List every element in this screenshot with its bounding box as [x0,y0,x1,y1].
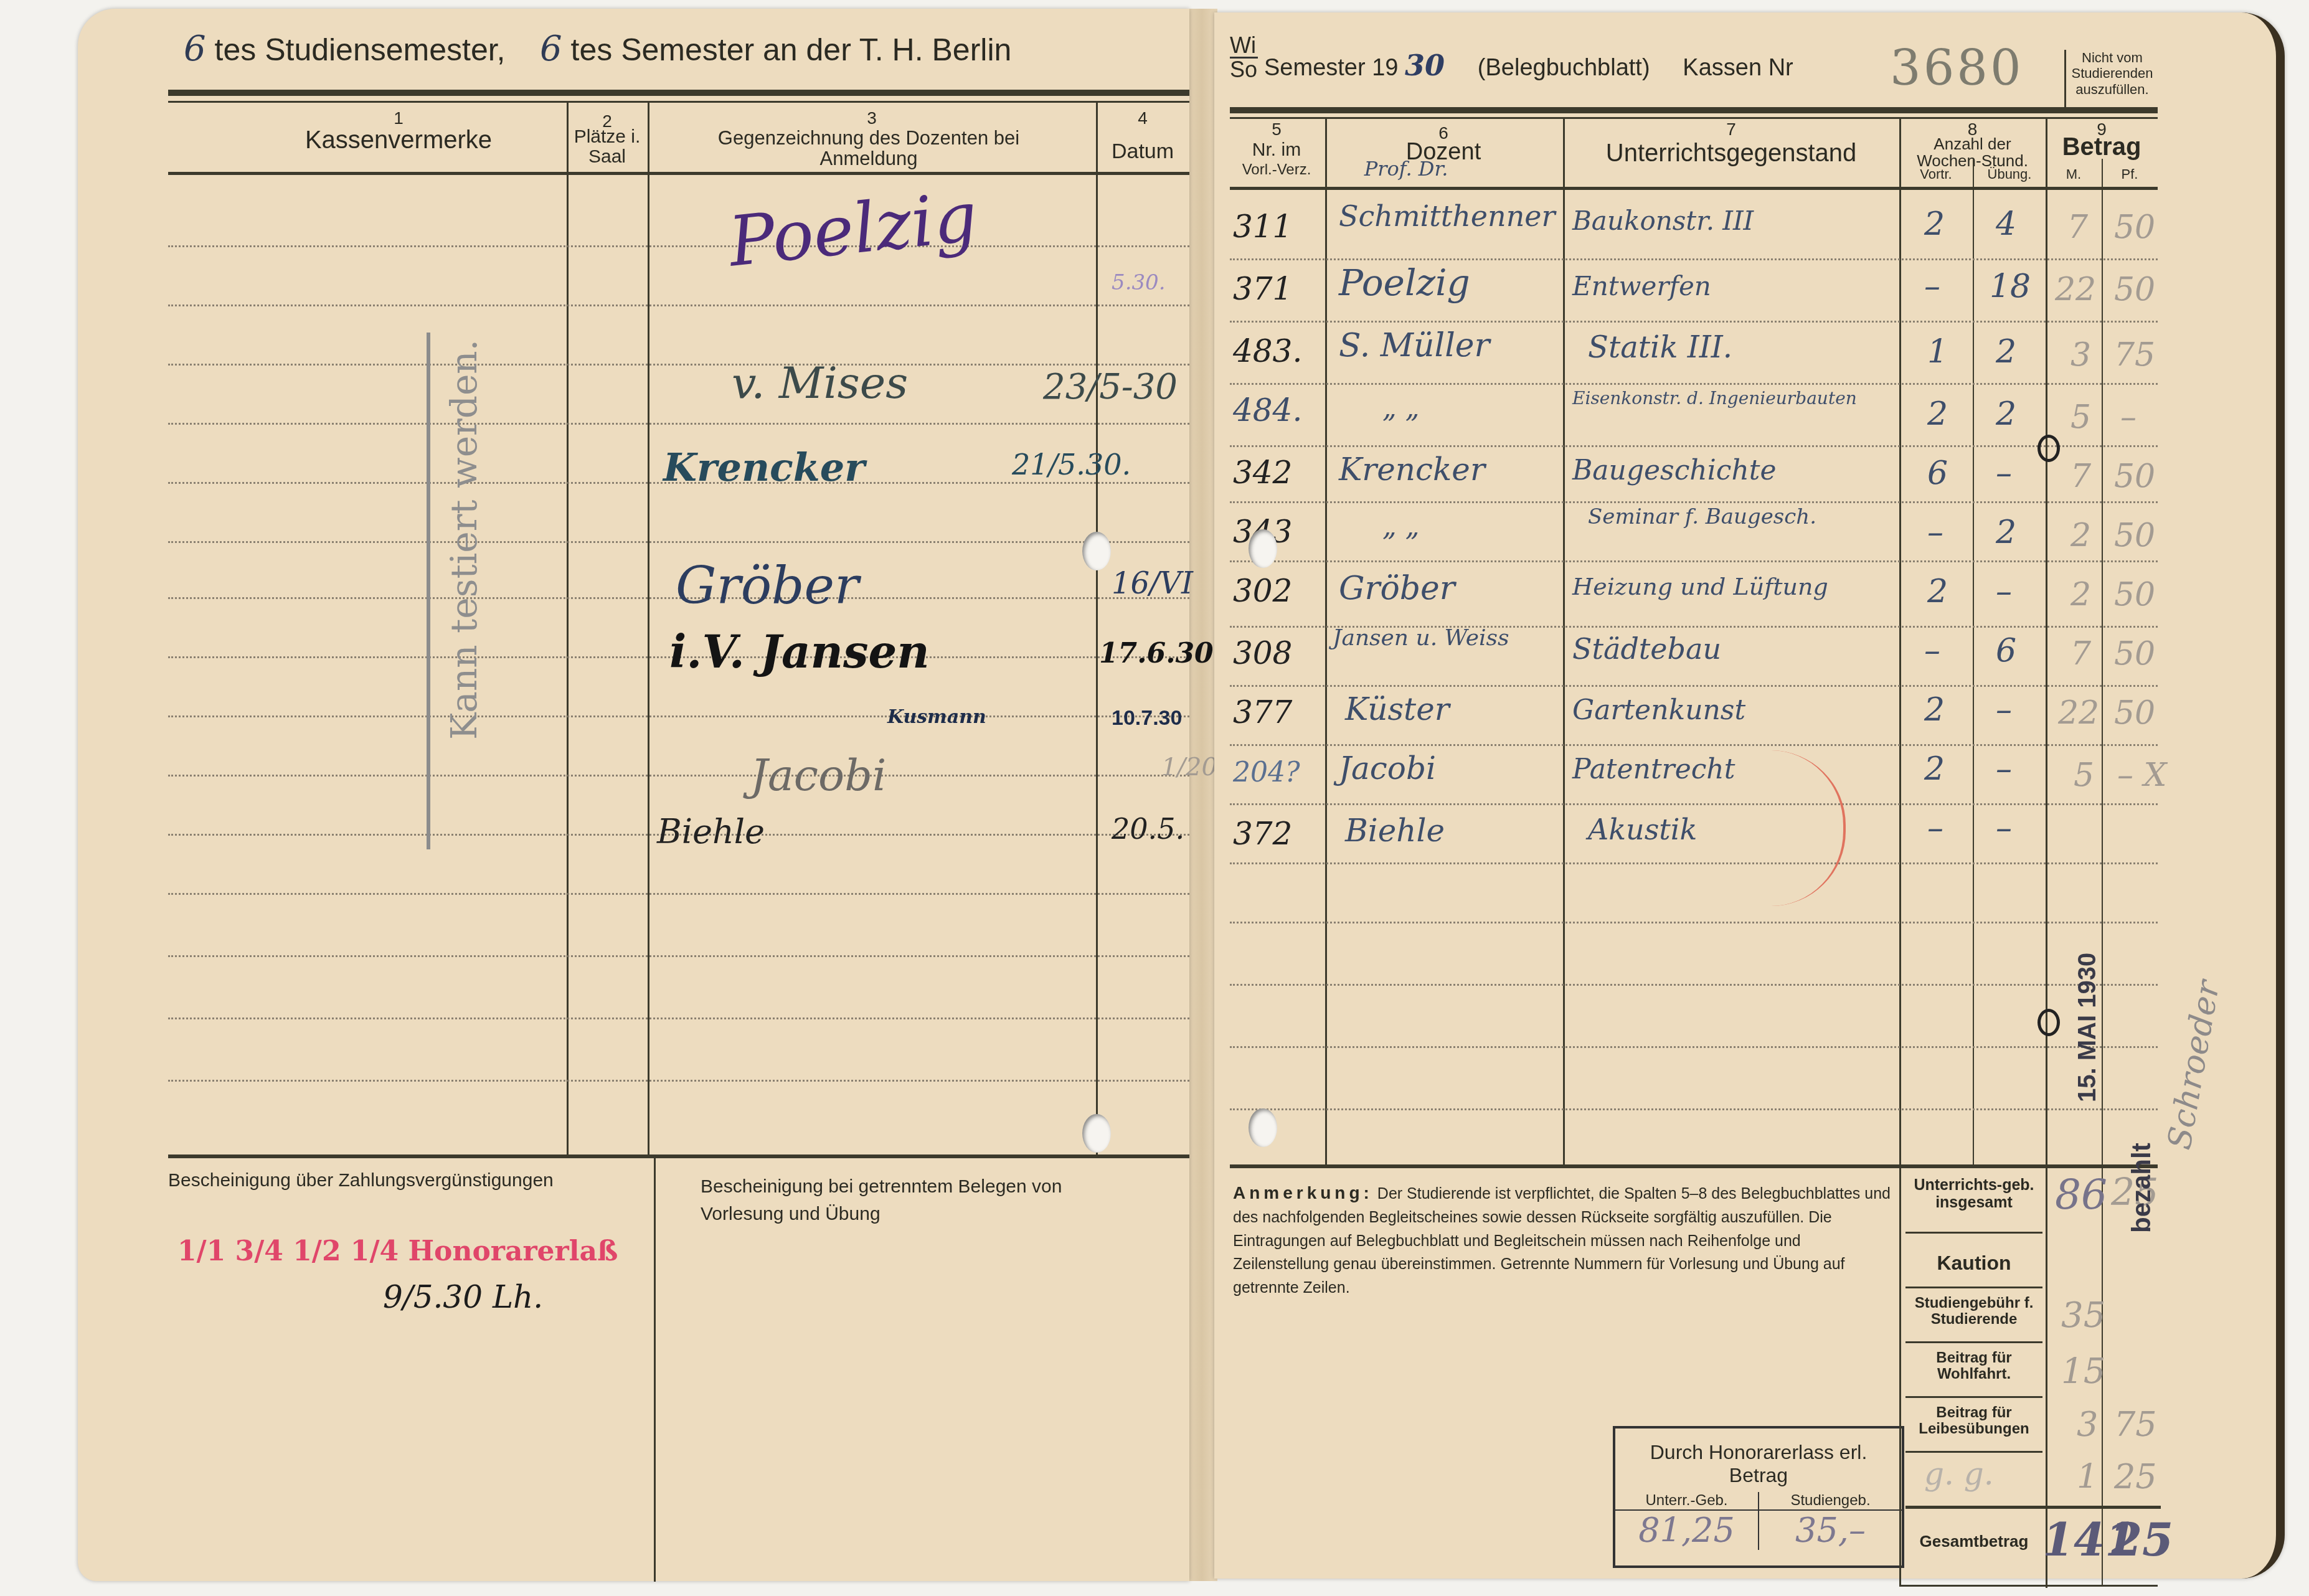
row-uebung: – [1996,455,2012,492]
col-plaetze-header: Plätze i. Saal [567,127,648,166]
row-mark: 7 [2071,458,2091,495]
row-uebung: 6 [1996,632,2016,669]
row-vortrag: – [1927,810,1943,847]
honorar-value-unterr: 81,25 [1615,1511,1758,1550]
row-mark: 5 [2071,399,2091,436]
row-nr: 302 [1233,573,1292,609]
summary-total-pfennig: 25 [2111,1513,2173,1566]
honorar-col-unterr: Unterr.-Geb. [1615,1492,1758,1509]
row-nr: 308 [1233,635,1292,671]
signature-kusmann: Kusmann [887,706,986,728]
row-nr: 483. [1233,333,1302,369]
row-vortrag: 2 [1927,573,1948,610]
row-gegenstand: Statik III. [1588,330,1732,365]
row-gegenstand: Seminar f. Baugesch. [1588,504,1816,529]
row-uebung: 18 [1990,268,2031,305]
row-gegenstand: Entwerfen [1572,271,1711,301]
ring-mark [2037,435,2060,462]
col-unterrichtsgegenstand-header: Unterrichtsgegenstand [1563,140,1899,166]
row-dozent: Küster [1345,691,1450,727]
row-dozent: Krencker [1339,451,1485,488]
row-dozent: Biehle [1345,813,1445,849]
col-uebung-subheader: Übung. [1973,167,2046,181]
not-by-student-note: Nicht vom Studierenden auszufüllen. [2069,50,2156,97]
row-gegenstand: Patentrecht [1572,753,1735,785]
paid-stamp-date: 15. MAI 1930 [2074,953,2101,1102]
row-vortrag: 2 [1927,395,1948,433]
summary-label-total: Gesamtbetrag [1902,1532,2046,1551]
signature-v-mises: v. Mises [732,357,908,408]
punch-hole [1082,532,1111,570]
col-betrag-header: Betrag [2046,134,2158,160]
summary-pfennig: 75 [2114,1405,2157,1444]
semester-line: Semester 19 30 (Belegbuchblatt) Kassen N… [1264,49,1793,82]
row-gegenstand: Städtebau [1572,632,1721,666]
row-dozent: Jansen u. Weiss [1333,626,1519,651]
summary-mark: 35 [2061,1295,2105,1336]
row-mark: 7 [2071,635,2091,673]
zahlungsverguenstigungen-label: Bescheinigung über Zahlungsvergünstigung… [168,1167,554,1194]
summary-pfennig: 25 [2114,1457,2157,1496]
col-kassenvermerke-header: Kassenvermerke [168,127,629,153]
row-gegenstand: Akustik [1588,813,1697,846]
summary-label: g. g. [1924,1456,1994,1492]
honorar-value-studien: 35,– [1758,1511,1902,1550]
paid-stamp-word: bezahlt [2127,996,2156,1233]
punch-hole [1249,1108,1277,1147]
kassen-number: 3680 [1890,40,2024,97]
summary-mark: 3 [2077,1405,2098,1444]
cashier-signature: Schroeder [2161,925,2237,1152]
honorar-col-studien: Studiengeb. [1758,1492,1902,1509]
row-vortrag: – [1924,268,1940,305]
honorarerlass-stamp: 1/1 3/4 1/2 1/4 Honorarerlaß [177,1235,618,1267]
row-dozent: S. Müller [1339,327,1490,364]
row-uebung: – [1996,810,2012,847]
col-datum-header: Datum [1096,141,1189,163]
right-page: Wi So Semester 19 30 (Belegbuchblatt) Ka… [1214,12,2285,1579]
row-dozent: „ „ [1382,392,1420,424]
date-groeber: 16/VI [1112,566,1193,601]
row-nr: 372 [1233,816,1292,852]
row-gegenstand: Heizung und Lüftung [1572,573,1828,600]
summary-mark: 15 [2061,1351,2105,1392]
row-vortrag: 2 [1924,750,1945,788]
row-mark: 7 [2067,209,2088,246]
row-pfennig: 50 [2114,635,2155,673]
row-gegenstand: Baukonstr. III [1572,205,1754,236]
row-mark: 22 [2055,271,2096,308]
signature-jacobi: Jacobi [750,750,886,801]
row-uebung: 4 [1996,205,2016,243]
row-mark: 22 [2058,694,2099,732]
so-label: So [1230,59,1258,81]
book-gutter [1186,9,1217,1581]
row-nr: 377 [1233,694,1292,730]
kann-testiert-werden-stamp: Kann testiert werden. [443,416,485,740]
getrenntes-belegen-label: Bescheinigung bei getrenntem Belegen von… [701,1173,1087,1227]
date-biehle: 20.5. [1112,812,1184,846]
row-vortrag: – [1927,514,1943,551]
row-pfennig: 50 [2114,458,2155,495]
th-semester-label: tes Semester an der T. H. Berlin [571,32,1012,67]
signature-groeber: Gröber [676,557,859,616]
row-dozent: Gröber [1339,570,1455,607]
row-vortrag: – [1924,632,1940,669]
honorar-box: Durch Honorarerlass erl. Betrag Unterr.-… [1613,1426,1904,1568]
row-pfennig: 50 [2114,517,2155,554]
honorarerlass-note: 9/5.30 Lh. [383,1279,543,1315]
summary-label: Beitrag für Wohlfahrt. [1902,1350,2046,1383]
row-gegenstand: Gartenkunst [1572,694,1745,726]
row-mark: 5 [2074,757,2094,794]
red-bracket-mark [1762,750,1846,906]
study-semester-value: 6 [184,29,206,69]
col-vortrag-subheader: Vortr. [1899,167,1973,181]
col-nr-header: Nr. im [1230,140,1323,160]
row-pfennig: – X [2117,757,2167,794]
left-page-title: 6 tes Studiensemester, 6 tes Semester an… [184,29,1011,69]
row-uebung: 2 [1996,514,2016,551]
row-pfennig: 50 [2114,576,2155,613]
semester-label: Semester 19 [1264,55,1398,81]
col-7-number: 7 [1563,120,1899,139]
row-gegenstand: Eisenkonstr. d. Ingenieurbauten [1572,389,1884,408]
paid-stamp: 15. MAI 1930 [2074,866,2102,1102]
col-nr-subheader: Vorl.-Verz. [1227,162,1326,177]
belegbuchblatt-label: (Belegbuchblatt) [1478,55,1650,81]
date-jacobi: 1/20 [1161,753,1217,781]
col-pfennig-subheader: Pf. [2102,167,2158,181]
wi-so-label: Wi So [1230,34,1258,81]
date-kusmann: 10.7.30 [1112,706,1182,730]
signature-biehle: Biehle [657,812,765,851]
date-poelzig: 5.30. [1112,270,1166,295]
row-uebung: 2 [1996,333,2016,371]
row-vortrag: 2 [1924,691,1945,729]
summary-label: Beitrag für Leibesübungen [1902,1405,2046,1438]
row-pfennig: 50 [2114,209,2155,246]
row-mark: 2 [2071,576,2091,613]
row-dozent: Jacobi [1339,750,1436,786]
signature-jansen: i.V. Jansen [669,625,930,678]
th-semester-value: 6 [540,29,562,69]
date-v-mises: 23/5-30 [1043,367,1178,407]
col-dozent-prefix: Prof. Dr. [1325,159,1487,180]
row-uebung: – [1996,691,2012,729]
row-nr: 204? [1233,757,1300,788]
row-vortrag: 6 [1927,455,1948,492]
row-uebung: – [1996,750,2012,788]
anmerkung-title: Anmerkung: [1233,1183,1373,1202]
col-gegenzeichnung-header: Gegenzeichnung des Dozenten bei Anmeldun… [701,128,1037,169]
left-page: 6 tes Studiensemester, 6 tes Semester an… [78,9,1189,1581]
col-mark-subheader: M. [2046,167,2102,181]
row-uebung: 2 [1996,395,2016,433]
punch-hole [1082,1114,1111,1153]
semester-year: 30 [1405,49,1445,82]
row-nr: 311 [1233,209,1292,245]
date-krencker: 21/5.30. [1012,448,1131,481]
summary-label: Kaution [1902,1252,2046,1275]
summary-mark: 1 [2077,1457,2098,1496]
signature-poelzig: Poelzig [725,176,981,281]
col-1-number: 1 [168,108,629,128]
col-3-number: 3 [648,108,1096,128]
study-semester-label: tes Studiensemester, [215,32,506,67]
punch-hole [1249,529,1277,568]
row-vortrag: 1 [1927,333,1948,371]
col-4-number: 4 [1096,108,1189,128]
row-mark: 3 [2071,336,2091,374]
anmerkung-note: Anmerkung: Der Studierende ist verpflich… [1233,1180,1899,1300]
row-mark: 2 [2071,517,2091,554]
row-nr: 342 [1233,455,1292,491]
honorar-box-title: Durch Honorarerlass erl. Betrag [1615,1441,1902,1487]
row-vortrag: 2 [1924,205,1945,243]
summary-label: Unterrichts-geb. insgesamt [1902,1177,2046,1211]
summary-mark: 86 [2055,1171,2107,1219]
date-jansen: 17.6.30. [1099,638,1223,669]
row-pfennig: 50 [2114,271,2155,308]
summary-label: Studiengebühr f. Studierende [1902,1295,2046,1328]
row-dozent: Schmitthenner [1339,199,1556,233]
row-pfennig: 75 [2114,336,2155,374]
stamp-line [427,333,430,849]
ring-mark [2037,1009,2060,1036]
kassen-nr-label: Kassen Nr [1683,55,1793,81]
row-nr: 484. [1233,392,1302,428]
row-nr: 371 [1233,271,1292,307]
row-dozent: Poelzig [1339,262,1470,304]
row-dozent: „ „ [1382,511,1420,542]
col-5-number: 5 [1230,120,1323,139]
row-pfennig: – [2120,399,2137,436]
signature-krencker: Krencker [663,445,865,490]
wi-label: Wi [1230,34,1258,57]
row-pfennig: 50 [2114,694,2155,732]
row-uebung: – [1996,573,2012,610]
row-gegenstand: Baugeschichte [1572,455,1776,486]
